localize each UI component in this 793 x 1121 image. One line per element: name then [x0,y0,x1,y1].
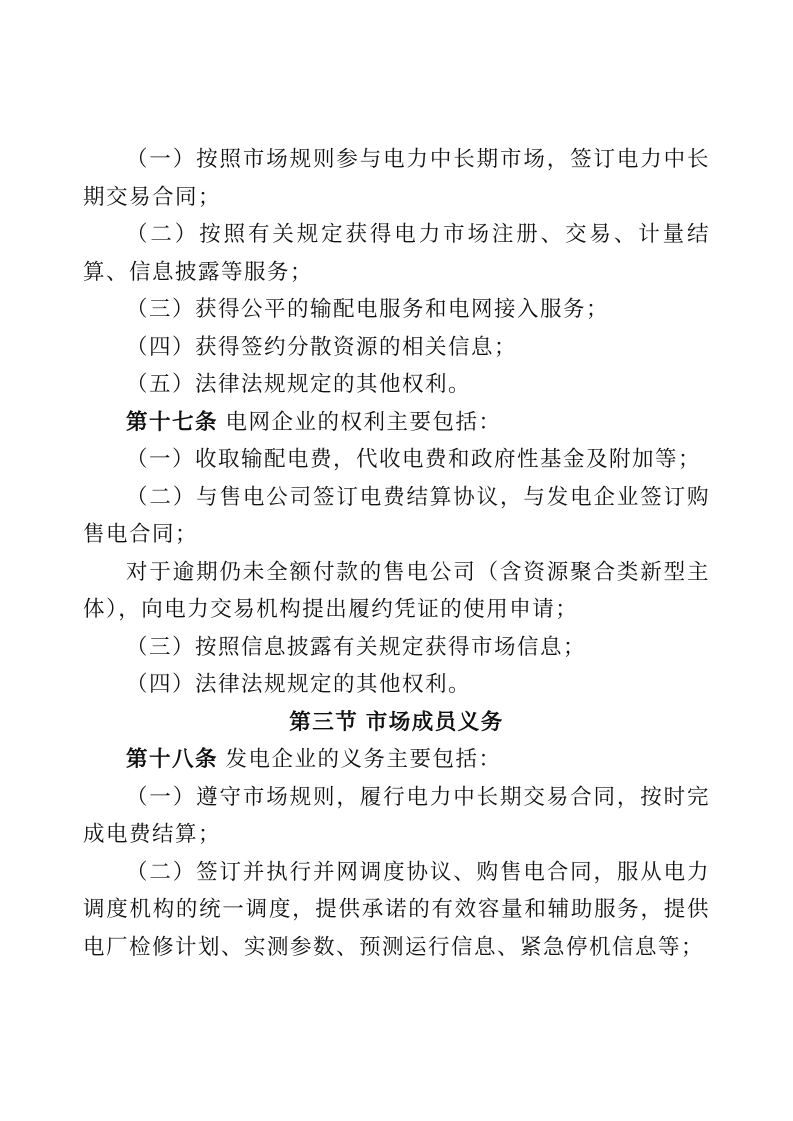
body-paragraph: 对于逾期仍未全额付款的售电公司（含资源聚合类新型主体），向电力交易机构提出履约凭… [83,554,710,629]
section-heading: 第三节 市场成员义务 [83,704,710,742]
body-paragraph: （二）与售电公司签订电费结算协议，与发电企业签订购售电合同； [83,479,710,554]
article-number-label: 第十七条 [126,410,218,434]
body-paragraph: （三）按照信息披露有关规定获得市场信息； [83,629,710,667]
article-paragraph: 第十七条 电网企业的权利主要包括： [83,404,710,442]
document-content: （一）按照市场规则参与电力中长期市场，签订电力中长期交易合同；（二）按照有关规定… [83,141,710,966]
body-paragraph: （一）遵守市场规则，履行电力中长期交易合同，按时完成电费结算； [83,779,710,854]
article-number-label: 第十八条 [126,747,218,771]
body-paragraph: （三）获得公平的输配电服务和电网接入服务； [83,291,710,329]
body-paragraph: （一）收取输配电费，代收电费和政府性基金及附加等； [83,441,710,479]
article-paragraph: 第十八条 发电企业的义务主要包括： [83,741,710,779]
body-paragraph: （四）获得签约分散资源的相关信息； [83,329,710,367]
document-page: （一）按照市场规则参与电力中长期市场，签订电力中长期交易合同；（二）按照有关规定… [0,0,793,1121]
body-paragraph: （五）法律法规规定的其他权利。 [83,366,710,404]
body-paragraph: （二）按照有关规定获得电力市场注册、交易、计量结算、信息披露等服务； [83,216,710,291]
body-paragraph: （四）法律法规规定的其他权利。 [83,666,710,704]
body-paragraph: （一）按照市场规则参与电力中长期市场，签订电力中长期交易合同； [83,141,710,216]
body-paragraph: （二）签订并执行并网调度协议、购售电合同，服从电力调度机构的统一调度，提供承诺的… [83,854,710,967]
